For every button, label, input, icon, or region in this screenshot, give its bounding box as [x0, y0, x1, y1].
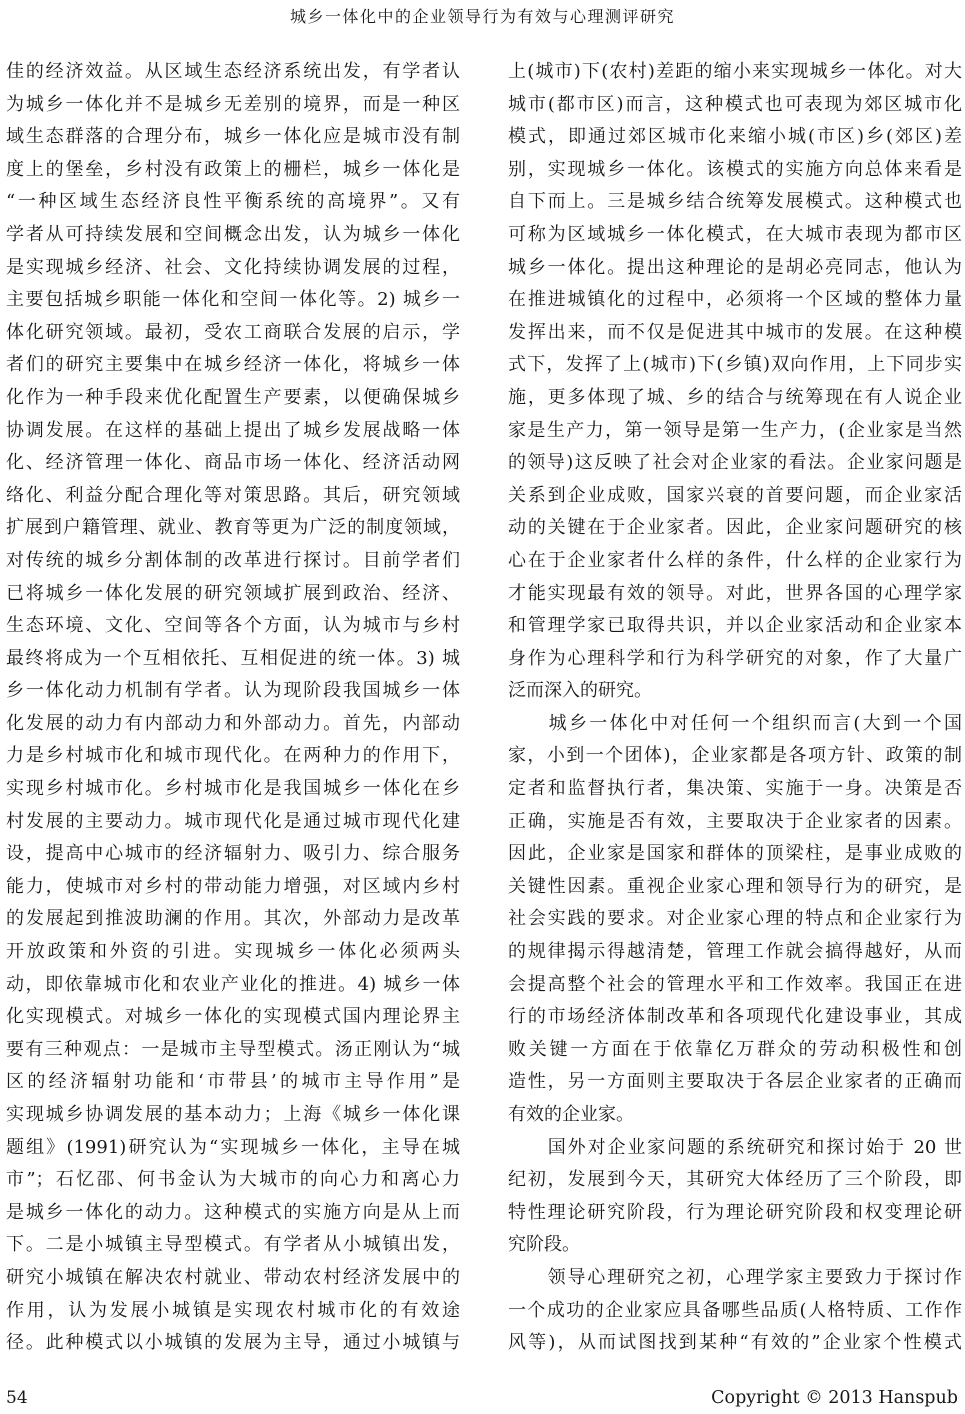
right-column: 上(城市)下(农村)差距的缩小来实现城乡一体化。对大城市(都市区)而言，这种模式…	[508, 56, 962, 1360]
text-line: 能力，使城市对乡村的带动能力增强，对区域内乡村	[6, 871, 460, 904]
text-line: 上(城市)下(农村)差距的缩小来实现城乡一体化。对大	[508, 56, 962, 89]
text-line: 动，即依靠城市化和农业产业化的推进。4) 城乡一体	[6, 969, 460, 1002]
text-line: 社会实践的要求。对企业家心理的特点和企业家行为	[508, 903, 962, 936]
text-line: 别，实现城乡一体化。该模式的实施方向总体来看是	[508, 154, 962, 187]
text-line: 的领导)这反映了社会对企业家的看法。企业家问题是	[508, 447, 962, 480]
text-line: 有效的企业家。	[508, 1099, 962, 1132]
text-line: 家，小到一个团体)，企业家都是各项方针、政策的制	[508, 740, 962, 773]
text-line: 城市(都市区)而言，这种模式也可表现为郊区城市化	[508, 89, 962, 122]
text-line: 败关键一方面在于依靠亿万群众的劳动积极性和创	[508, 1034, 962, 1067]
text-line: 城乡一体化。提出这种理论的是胡必亮同志，他认为	[508, 252, 962, 285]
text-line: 在推进城镇化的过程中，必须将一个区域的整体力量	[508, 284, 962, 317]
text-line: 乡一体化动力机制有学者。认为现阶段我国城乡一体	[6, 675, 460, 708]
text-line: 区的经济辐射功能和‘市带县’的城市主导作用”是	[6, 1066, 460, 1099]
text-line: 开放政策和外资的引进。实现城乡一体化必须两头	[6, 936, 460, 969]
text-line: 实现城乡协调发展的基本动力；上海《城乡一体化课	[6, 1099, 460, 1132]
text-line: 会提高整个社会的管理水平和工作效率。我国正在进	[508, 969, 962, 1002]
text-line: 因此，企业家是国家和群体的顶梁柱，是事业成败的	[508, 838, 962, 871]
text-line: 施，更多体现了城、乡的结合与统筹现在有人说企业	[508, 382, 962, 415]
text-line: 是城乡一体化的动力。这种模式的实施方向是从上而	[6, 1197, 460, 1230]
text-line: 作用，认为发展小城镇是实现农村城市化的有效途	[6, 1295, 460, 1328]
text-line: 风等)，从而试图找到某种“有效的”企业家个性模式	[508, 1327, 962, 1360]
text-line: 者们的研究主要集中在城乡经济一体化，将城乡一体	[6, 349, 460, 382]
text-line: 纪初，发展到今天，其研究大体经历了三个阶段，即	[508, 1164, 962, 1197]
text-line: 化发展的动力有内部动力和外部动力。首先，内部动	[6, 708, 460, 741]
text-line: “一种区域生态经济良性平衡系统的高境界”。又有	[6, 186, 460, 219]
text-line: 村发展的主要动力。城市现代化是通过城市现代化建	[6, 806, 460, 839]
text-line: 市”；石忆邵、何书金认为大城市的向心力和离心力	[6, 1164, 460, 1197]
left-column: 佳的经济效益。从区域生态经济系统出发，有学者认为城乡一体化并不是城乡无差别的境界…	[6, 56, 460, 1360]
text-line: 协调发展。在这样的基础上提出了城乡发展战略一体	[6, 415, 460, 448]
text-line: 已将城乡一体化发展的研究领域扩展到政治、经济、	[6, 578, 460, 611]
text-line: 行的市场经济体制改革和各项现代化建设事业，其成	[508, 1001, 962, 1034]
text-line: 度上的堡垒，乡村没有政策上的栅栏，城乡一体化是	[6, 154, 460, 187]
text-line: 是实现城乡经济、社会、文化持续协调发展的过程，	[6, 252, 460, 285]
text-line: 城乡一体化中对任何一个组织而言(大到一个国	[508, 708, 962, 741]
text-line: 径。此种模式以小城镇的发展为主导，通过小城镇与	[6, 1327, 460, 1360]
text-line: 模式，即通过郊区城市化来缩小城(市区)乡(郊区)差	[508, 121, 962, 154]
text-line: 正确，实施是否有效，主要取决于企业家者的因素。	[508, 806, 962, 839]
page-footer: 54 Copyright © 2013 Hanspub	[6, 1388, 958, 1408]
text-line: 学者从可持续发展和空间概念出发，认为城乡一体化	[6, 219, 460, 252]
text-line: 扩展到户籍管理、就业、教育等更为广泛的制度领域，	[6, 512, 460, 545]
text-line: 络化、利益分配合理化等对策思路。其后，研究领域	[6, 480, 460, 513]
two-column-body: 佳的经济效益。从区域生态经济系统出发，有学者认为城乡一体化并不是城乡无差别的境界…	[6, 56, 962, 1360]
text-line: 关键性因素。重视企业家心理和领导行为的研究，是	[508, 871, 962, 904]
text-line: 式下，发挥了上(城市)下(乡镇)双向作用，上下同步实	[508, 349, 962, 382]
text-line: 体化研究领域。最初，受农工商联合发展的启示，学	[6, 317, 460, 350]
text-line: 家是生产力，第一领导是第一生产力，(企业家是当然	[508, 415, 962, 448]
text-line: 域生态群落的合理分布，城乡一体化应是城市没有制	[6, 121, 460, 154]
text-line: 化、经济管理一体化、商品市场一体化、经济活动网	[6, 447, 460, 480]
text-line: 造性，另一方面则主要取决于各层企业家者的正确而	[508, 1066, 962, 1099]
text-line: 力是乡村城市化和城市现代化。在两种力的作用下，	[6, 740, 460, 773]
copyright-text: Copyright © 2013 Hanspub	[711, 1388, 958, 1408]
text-line: 和管理学家已取得共识，并以企业家活动和企业家本	[508, 610, 962, 643]
text-line: 设，提高中心城市的经济辐射力、吸引力、综合服务	[6, 838, 460, 871]
running-head-title: 城乡一体化中的企业领导行为有效与心理测评研究	[0, 4, 965, 27]
text-line: 为城乡一体化并不是城乡无差别的境界，而是一种区	[6, 89, 460, 122]
text-line: 化实现模式。对城乡一体化的实现模式国内理论界主	[6, 1001, 460, 1034]
text-line: 国外对企业家问题的系统研究和探讨始于 20 世	[508, 1132, 962, 1165]
text-line: 的发展起到推波助澜的作用。其次，外部动力是改革	[6, 903, 460, 936]
text-line: 究阶段。	[508, 1229, 962, 1262]
text-line: 心在于企业家者什么样的条件，什么样的企业家行为	[508, 545, 962, 578]
text-line: 关系到企业成败，国家兴衰的首要问题，而企业家活	[508, 480, 962, 513]
page-number: 54	[6, 1388, 28, 1408]
text-line: 才能实现最有效的领导。对此，世界各国的心理学家	[508, 578, 962, 611]
text-line: 发挥出来，而不仅是促进其中城市的发展。在这种模	[508, 317, 962, 350]
text-line: 最终将成为一个互相依托、互相促进的统一体。3) 城	[6, 643, 460, 676]
text-line: 的规律揭示得越清楚，管理工作就会搞得越好，从而	[508, 936, 962, 969]
text-line: 身作为心理科学和行为科学研究的对象，作了大量广	[508, 643, 962, 676]
text-line: 自下而上。三是城乡结合统筹发展模式。这种模式也	[508, 186, 962, 219]
text-line: 研究小城镇在解决农村就业、带动农村经济发展中的	[6, 1262, 460, 1295]
text-line: 佳的经济效益。从区域生态经济系统出发，有学者认	[6, 56, 460, 89]
text-line: 一个成功的企业家应具备哪些品质(人格特质、工作作	[508, 1295, 962, 1328]
text-line: 下。二是小城镇主导型模式。有学者从小城镇出发，	[6, 1229, 460, 1262]
text-line: 实现乡村城市化。乡村城市化是我国城乡一体化在乡	[6, 773, 460, 806]
text-line: 主要包括城乡职能一体化和空间一体化等。2) 城乡一	[6, 284, 460, 317]
text-line: 生态环境、文化、空间等各个方面，认为城市与乡村	[6, 610, 460, 643]
text-line: 定者和监督执行者，集决策、实施于一身。决策是否	[508, 773, 962, 806]
text-line: 泛而深入的研究。	[508, 675, 962, 708]
text-line: 可称为区域城乡一体化模式，在大城市表现为都市区	[508, 219, 962, 252]
paper-page: 城乡一体化中的企业领导行为有效与心理测评研究 佳的经济效益。从区域生态经济系统出…	[0, 0, 965, 1414]
text-line: 化作为一种手段来优化配置生产要素，以便确保城乡	[6, 382, 460, 415]
text-line: 题组》(1991)研究认为“实现城乡一体化，主导在城	[6, 1132, 460, 1165]
text-line: 对传统的城乡分割体制的改革进行探讨。目前学者们	[6, 545, 460, 578]
text-line: 特性理论研究阶段，行为理论研究阶段和权变理论研	[508, 1197, 962, 1230]
text-line: 动的关键在于企业家者。因此，企业家问题研究的核	[508, 512, 962, 545]
text-line: 要有三种观点：一是城市主导型模式。汤正刚认为“城	[6, 1034, 460, 1067]
text-line: 领导心理研究之初，心理学家主要致力于探讨作	[508, 1262, 962, 1295]
